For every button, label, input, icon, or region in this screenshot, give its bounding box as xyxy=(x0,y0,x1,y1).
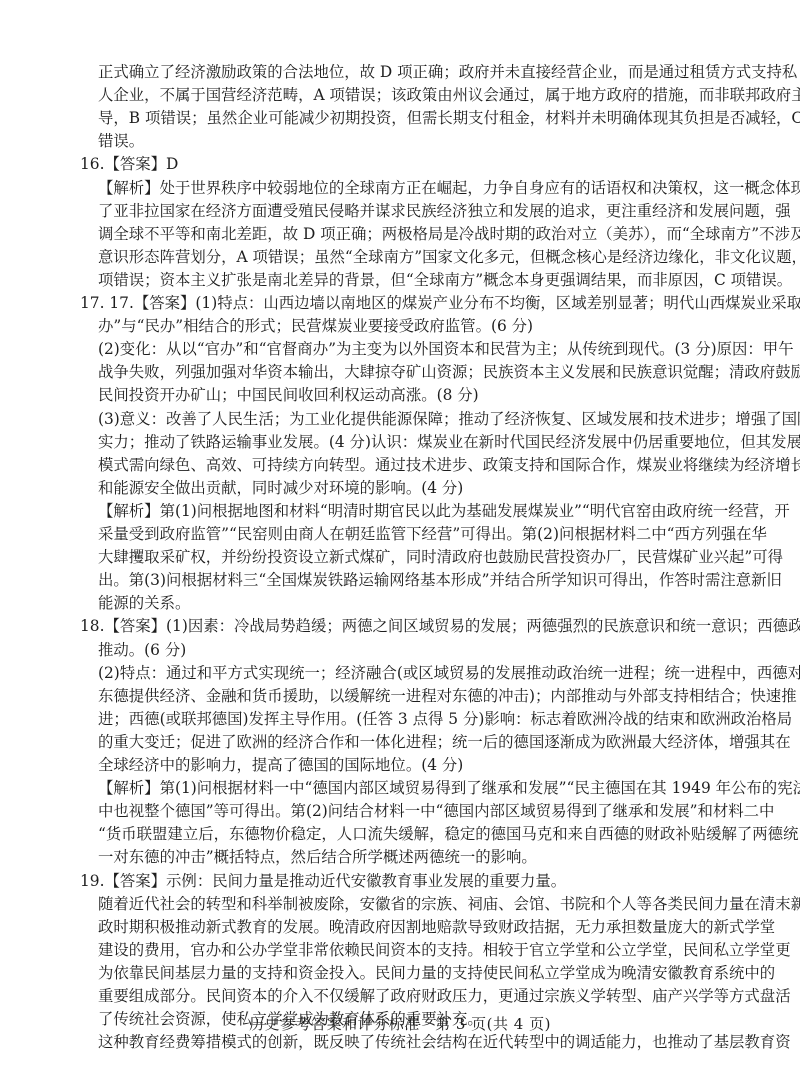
text-line: 一对东德的冲击”概括特点，然后结合所学概述两德统一的影响。 xyxy=(98,846,730,869)
text-line: (2)变化：从以“官办”和“官督商办”为主变为以外国资本和民营为主；从传统到现代… xyxy=(98,338,730,361)
text-line: (2)特点：通过和平方式实现统一；经济融合(或区域贸易的发展推动政治统一进程；统… xyxy=(98,662,730,685)
question-heading-line: 18.【答案】(1)因素：冷战局势趋缓；两德之间区域贸易的发展；两德强烈的民族意… xyxy=(80,615,730,638)
answer-key-page: 正式确立了经济激励政策的合法地位，故 D 项正确；政府并未直接经营企业，而是通过… xyxy=(0,0,800,1066)
text-line: 推动。(6 分) xyxy=(98,639,730,662)
text-line: 意识形态阵营划分，A 项错误；虽然“全球南方”国家文化多元，但概念核心是经济边缘… xyxy=(98,246,730,269)
text-line: 随着近代社会的转型和科举制被废除，安徽省的宗族、祠庙、会馆、书院和个人等各类民间… xyxy=(98,893,730,916)
text-line: 政时期积极推动新式教育的发展。晚清政府因割地赔款导致财政拮据，无力承担数量庞大的… xyxy=(98,916,730,939)
text-line: 项错误；资本主义扩张是南北差异的背景，但“全球南方”概念本身更强调结果，而非原因… xyxy=(98,269,730,292)
text-line: 错误。 xyxy=(98,130,730,153)
text-line: 导，B 项错误；虽然企业可能减少初期投资，但需长期支付租金，材料并未明确体现其负… xyxy=(98,107,730,130)
page-footer: 历史参考答案和评分标准 第 3 页(共 4 页) xyxy=(0,1013,800,1035)
text-line: 大肆攫取采矿权，并纷纷投资设立新式煤矿，同时清政府也鼓励民营投资办厂，民营煤矿业… xyxy=(98,546,730,569)
text-line: 实力；推动了铁路运输事业发展。(4 分)认识：煤炭业在新时代国民经济发展中仍居重… xyxy=(98,431,730,454)
text-line: 能源的关系。 xyxy=(98,592,730,615)
text-line: 人企业，不属于国营经济范畴，A 项错误；该政策由州议会通过，属于地方政府的措施，… xyxy=(98,84,730,107)
text-line: “货币联盟建立后，东德物价稳定，人口流失缓解，稳定的德国马克和来自西德的财政补贴… xyxy=(98,823,730,846)
text-line: 全球经济中的影响力，提高了德国的国际地位。(4 分) xyxy=(98,754,730,777)
text-line: 建设的费用，官办和公办学堂非常依赖民间资本的支持。相较于官立学堂和公立学堂，民间… xyxy=(98,939,730,962)
text-line: 重要组成部分。民间资本的介入不仅缓解了政府财政压力，更通过宗族义学转型、庙产兴学… xyxy=(98,985,730,1008)
text-line: 出。第(3)问根据材料三“全国煤炭铁路运输网络基本形成”并结合所学知识可得出，作… xyxy=(98,569,730,592)
question-heading-line: 19.【答案】示例：民间力量是推动近代安徽教育事业发展的重要力量。 xyxy=(80,870,730,893)
text-line: 为依靠民间基层力量的支持和资金投入。民间力量的支持使民间私立学堂成为晚清安徽教育… xyxy=(98,962,730,985)
text-line: 战争失败，列强加强对华资本输出，大肆掠夺矿山资源；民族资本主义发展和民族意识觉醒… xyxy=(98,361,730,384)
text-line: 正式确立了经济激励政策的合法地位，故 D 项正确；政府并未直接经营企业，而是通过… xyxy=(98,61,730,84)
text-line: 民间投资开办矿山；中国民间收回利权运动高涨。(8 分) xyxy=(98,384,730,407)
text-line: 中也视整个德国”等可得出。第(2)问结合材料一中“德国内部区域贸易得到了继承和发… xyxy=(98,800,730,823)
text-line: 【解析】第(1)问根据材料一中“德国内部区域贸易得到了继承和发展”“民主德国在其… xyxy=(98,777,730,800)
text-line: 了亚非拉国家在经济方面遭受殖民侵略并谋求民族经济独立和发展的追求，更注重经济和发… xyxy=(98,200,730,223)
text-line: 东德提供经济、金融和货币援助，以缓解统一进程对东德的冲击)；内部推动与外部支持相… xyxy=(98,685,730,708)
text-line: 进；西德(或联邦德国)发挥主导作用。(任答 3 点得 5 分)影响：标志着欧洲冷… xyxy=(98,708,730,731)
text-line: 【解析】第(1)问根据地图和材料“明清时期官民以此为基础发展煤炭业”“明代官窑由… xyxy=(98,500,730,523)
text-line: 【解析】处于世界秩序中较弱地位的全球南方正在崛起，力争自身应有的话语权和决策权，… xyxy=(98,177,730,200)
text-line: 模式需向绿色、高效、可持续方向转型。通过技术进步、政策支持和国际合作，煤炭业将继… xyxy=(98,454,730,477)
text-line: 采量受到政府监管”“民窑则由商人在朝廷监管下经营”可得出。第(2)问根据材料二中… xyxy=(98,523,730,546)
question-heading-line: 17. 17.【答案】(1)特点：山西边墙以南地区的煤炭产业分布不均衡，区域差别… xyxy=(80,292,730,315)
text-line: 办”与“民办”相结合的形式；民营煤炭业要接受政府监管。(6 分) xyxy=(98,315,730,338)
text-line: 调全球不平等和南北差距，故 D 项正确；两极格局是冷战时期的政治对立（美苏），而… xyxy=(98,223,730,246)
text-line: 的重大变迁；促进了欧洲的经济合作和一体化进程；统一后的德国逐渐成为欧洲最大经济体… xyxy=(98,731,730,754)
question-heading-line: 16.【答案】D xyxy=(80,153,730,176)
text-line: (3)意义：改善了人民生活；为工业化提供能源保障；推动了经济恢复、区域发展和技术… xyxy=(98,408,730,431)
text-line: 和能源安全做出贡献，同时减少对环境的影响。(4 分) xyxy=(98,477,730,500)
